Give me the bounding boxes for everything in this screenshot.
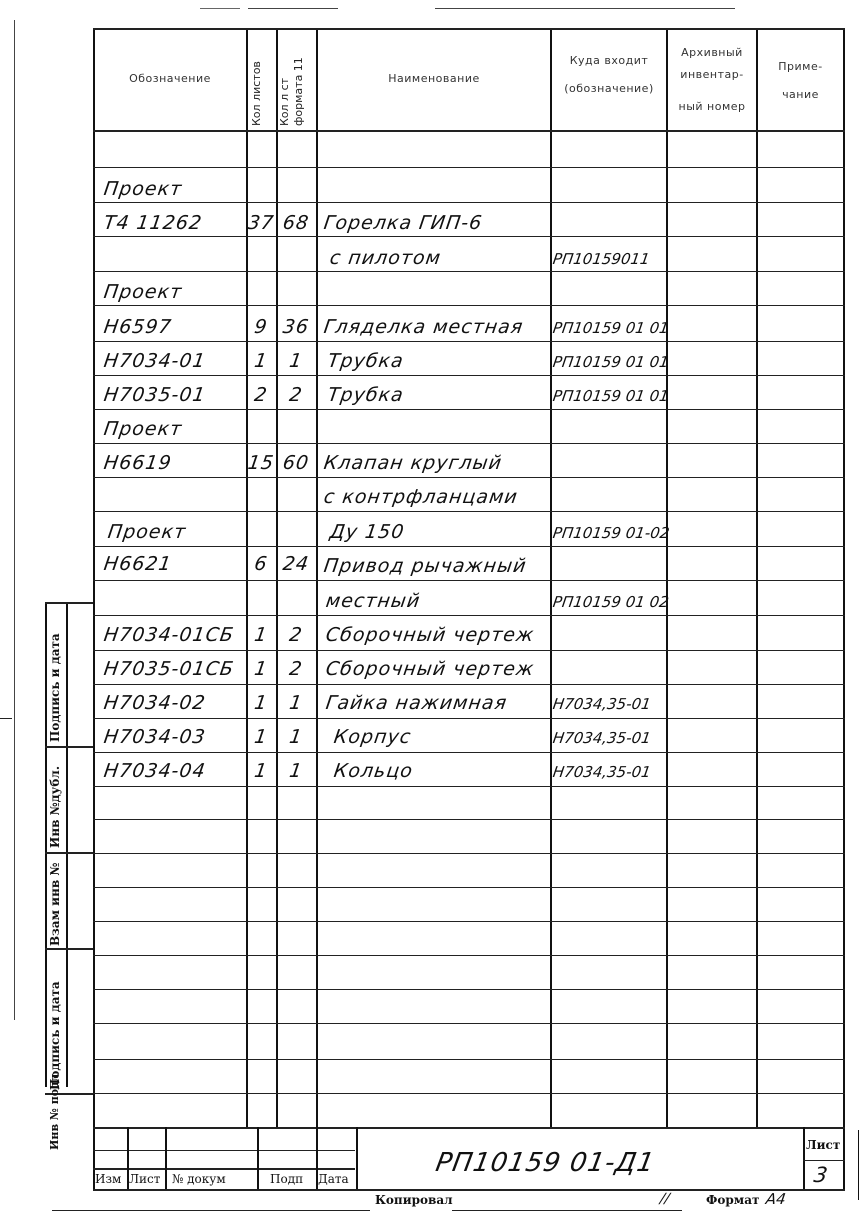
header-where-used-line2: (обозначение) xyxy=(552,78,666,100)
col-divider xyxy=(246,28,248,1128)
header-designation: Обозначение xyxy=(95,68,245,90)
scan-mark xyxy=(248,8,338,9)
title-grid-col xyxy=(356,1127,358,1189)
cell-name: Сборочный чертеж xyxy=(324,658,535,680)
cell-where-used: РП10159011 xyxy=(552,250,651,268)
cell-sheets-a4: 36 xyxy=(274,316,317,338)
cell-designation: Н7034-02 xyxy=(102,692,207,714)
col-divider xyxy=(756,28,758,1128)
cell-name: Сборочный чертеж xyxy=(324,624,535,646)
sheet-label: Лист xyxy=(806,1138,840,1152)
cell-where-used: РП10159 01-02 xyxy=(552,524,671,542)
cell-sheets-a4: 2 xyxy=(274,624,317,646)
stamp-signature-date-1: Подпись и дата xyxy=(48,633,62,742)
cell-name: Горелка ГИП-6 xyxy=(322,212,483,234)
cell-sheets: 15 xyxy=(244,452,277,474)
cell-sheets-a4: 2 xyxy=(274,658,317,680)
stamp-inv-orig: Инв № подл xyxy=(48,1074,61,1150)
cell-sheets: 1 xyxy=(244,350,277,372)
stamp-divider xyxy=(45,852,93,854)
cell-sheets: 2 xyxy=(244,384,277,406)
cell-designation: Н7035-01 xyxy=(102,384,207,406)
cell-sheets-a4: 1 xyxy=(274,760,317,782)
cell-name: Гляделка местная xyxy=(322,316,524,338)
cell-designation: Н6597 xyxy=(102,316,173,338)
sheet-number: 3 xyxy=(812,1163,830,1187)
title-grid-col xyxy=(165,1127,167,1189)
title-grid-col xyxy=(257,1127,259,1189)
scan-edge-line xyxy=(858,1130,859,1200)
sheet-box-divider xyxy=(803,1160,845,1161)
format-value: А4 xyxy=(765,1190,787,1208)
cell-where-used: Н7034,35-01 xyxy=(552,763,652,781)
cell-name: Ду 150 xyxy=(328,521,405,543)
title-col-change: Изм xyxy=(95,1172,121,1186)
cell-where-used: РП10159 01 02 xyxy=(552,593,670,611)
table-border-top xyxy=(93,28,845,30)
title-col-sheet: Лист xyxy=(129,1172,160,1186)
cell-where-used: РП10159 01 01 xyxy=(552,353,670,371)
cell-sheets: 9 xyxy=(244,316,277,338)
cell-designation: Проект xyxy=(106,521,187,543)
cell-where-used: Н7034,35-01 xyxy=(552,695,652,713)
cell-where-used: Н7034,35-01 xyxy=(552,729,652,747)
header-archive-line3: ный номер xyxy=(668,96,756,118)
cell-designation: Проект xyxy=(102,281,183,303)
cell-sheets: 1 xyxy=(244,624,277,646)
cell-designation: Н6621 xyxy=(102,553,173,575)
header-archive-line1: Архивный xyxy=(668,42,756,64)
footer-line xyxy=(52,1210,370,1211)
title-col-doc-no: № докум xyxy=(172,1172,226,1186)
cell-designation: Н7034-04 xyxy=(102,760,207,782)
col-divider xyxy=(550,28,552,1128)
header-note-line2: чание xyxy=(758,84,843,106)
scan-mark xyxy=(200,8,240,9)
cell-sheets-a4: 68 xyxy=(274,212,317,234)
header-archive-line2: инвентар- xyxy=(668,64,756,86)
title-block-bottom xyxy=(93,1189,845,1191)
col-divider xyxy=(666,28,668,1128)
title-col-signature: Подп xyxy=(270,1172,303,1186)
cell-sheets: 6 xyxy=(244,553,277,575)
cell-designation: Н6619 xyxy=(102,452,173,474)
header-note-line1: Приме- xyxy=(758,56,843,78)
header-sheets-a4-line1: Кол л ст xyxy=(278,78,291,126)
cell-designation: Н7034-03 xyxy=(102,726,207,748)
cell-sheets-a4: 24 xyxy=(274,553,317,575)
cell-designation: Т4 11262 xyxy=(102,212,203,234)
stamp-divider xyxy=(45,746,93,748)
sheet-box-border xyxy=(803,1127,805,1189)
cell-name: Корпус xyxy=(332,726,412,748)
cell-name: местный xyxy=(324,590,421,612)
header-where-used-line1: Куда входит xyxy=(552,50,666,72)
cell-designation: Проект xyxy=(102,418,183,440)
stamp-border-left xyxy=(45,602,47,1087)
header-name: Наименование xyxy=(318,68,550,90)
stamp-mutual-inv: Взам инв № xyxy=(48,863,62,946)
cell-sheets-a4: 60 xyxy=(274,452,317,474)
cell-sheets: 37 xyxy=(244,212,277,234)
header-border-bottom xyxy=(93,130,845,132)
col-divider xyxy=(316,28,318,1128)
cell-designation: Н7034-01 xyxy=(102,350,207,372)
scan-mark xyxy=(435,8,735,9)
cell-where-used: РП10159 01 01 xyxy=(552,387,670,405)
header-sheets: Кол листов xyxy=(250,61,263,126)
footer-mark: // xyxy=(659,1191,671,1207)
cell-sheets-a4: 2 xyxy=(274,384,317,406)
cell-name: Кольцо xyxy=(332,760,414,782)
cell-designation: Проект xyxy=(102,178,183,200)
footer-line xyxy=(452,1210,682,1211)
cell-name: Трубка xyxy=(326,350,405,372)
stamp-inv-dup: Инв №дубл. xyxy=(48,766,62,848)
cell-sheets: 1 xyxy=(244,726,277,748)
cell-name: Трубка xyxy=(326,384,405,406)
stamp-divider xyxy=(45,948,93,950)
cell-name: с контрфланцами xyxy=(322,486,519,508)
cell-sheets-a4: 1 xyxy=(274,350,317,372)
stamp-border-right xyxy=(66,602,68,1087)
format-label: Формат xyxy=(706,1193,759,1207)
cell-name: Клапан круглый xyxy=(322,452,503,474)
cell-sheets: 1 xyxy=(244,658,277,680)
col-divider xyxy=(276,28,278,1128)
copied-label: Копировал xyxy=(375,1193,453,1207)
scan-edge-line xyxy=(14,20,15,1020)
stamp-divider xyxy=(45,602,93,604)
cell-sheets: 1 xyxy=(244,760,277,782)
cell-name: Привод рычажный xyxy=(322,555,528,577)
cell-designation: Н7035-01СБ xyxy=(102,658,235,680)
cell-designation: Н7034-01СБ xyxy=(102,624,235,646)
cell-name: Гайка нажимная xyxy=(324,692,508,714)
cell-sheets: 1 xyxy=(244,692,277,714)
title-col-date: Дата xyxy=(318,1172,349,1186)
scan-mark xyxy=(0,718,12,719)
cell-where-used: РП10159 01 01 xyxy=(552,319,670,337)
cell-sheets-a4: 1 xyxy=(274,692,317,714)
cell-sheets-a4: 1 xyxy=(274,726,317,748)
header-sheets-a4-line2: формата 11 xyxy=(292,57,305,126)
document-number: РП10159 01-Д1 xyxy=(433,1148,657,1178)
cell-name: с пилотом xyxy=(328,247,442,269)
